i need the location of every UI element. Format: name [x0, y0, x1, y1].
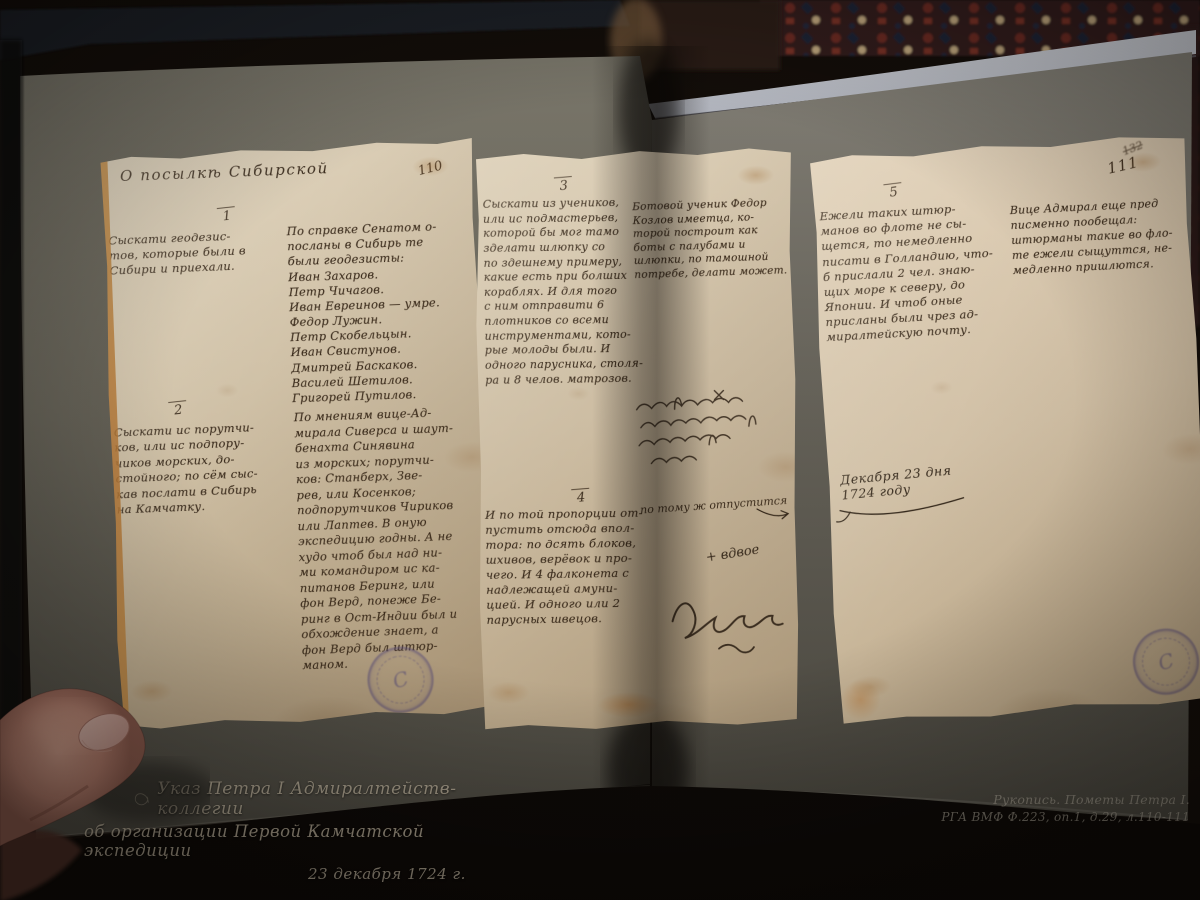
manuscript-heading: О посылкѣ Сибирской [120, 159, 329, 185]
section-number: 2 [168, 400, 188, 419]
section3-answer: Ботовой ученик ФедорКозлов имеетца, ко-т… [632, 196, 784, 282]
section2-answer: По мнениям вице-Ад-мирала Сиверса и шаут… [294, 404, 493, 674]
text-line: какие есть при болших [484, 269, 642, 286]
photo-of-open-book: О посылкѣ Сибирской 110 1 Сыскати геодез… [0, 0, 1200, 900]
section5-answer: Вице Адмирал еще предписменно пообещал:ш… [1009, 196, 1187, 279]
section-number: 5 [883, 182, 903, 201]
caption-source-line2: РГА ВМФ Ф.223, оп.1, д.29, л.110-111 [940, 810, 1190, 824]
section-number: 4 [571, 488, 591, 506]
orange-stain [840, 679, 882, 721]
section5-query: Ежели таких штюр-манов во флоте не сы-ще… [819, 199, 1008, 345]
text-line: шхивов, верёвок и про- [486, 550, 656, 567]
text-line: которой бы мог тамо [483, 225, 641, 242]
text-line: парусных швецов. [486, 610, 656, 627]
section1-answer: По справке Сенатом о-посланы в Сибирь те… [286, 218, 480, 406]
section-number: 1 [217, 206, 237, 225]
stamp-center-glyph: С [1127, 623, 1200, 701]
folio-number: 111 [1106, 153, 1141, 178]
text-line: инструментами, кото- [485, 327, 643, 344]
peter-plus-note: + вдвое [705, 542, 761, 565]
archive-stamp-icon: С [1125, 620, 1200, 703]
section3-query: Сыскати из учеников,или ис подмастерьев,… [483, 196, 644, 388]
text-line: одного парусника, столя- [485, 357, 643, 374]
thumb-holding-book [0, 640, 210, 900]
manuscript-middle-sheet: 3 Сыскати из учеников,или ис подмастерье… [472, 146, 802, 734]
caption-date-line: 23 декабря 1724 г. [308, 865, 494, 883]
caption-source-line1: Рукопись. Пометы Петра I. [940, 792, 1190, 807]
folio-number: 110 [417, 158, 445, 179]
section-number: 3 [554, 176, 574, 194]
section1-query: Сыскати геодезис-тов, которые были вСиби… [108, 227, 286, 279]
section2-query: Сыскати ис порутчи-ков, или ис подпору-ч… [114, 419, 289, 518]
caption-right-block: Рукопись. Пометы Петра I. РГА ВМФ Ф.223,… [940, 792, 1190, 824]
margin-note-flourish [755, 506, 789, 522]
peter-signature-scrawl [666, 585, 802, 667]
text-line: ра и 8 челов. матрозов. [485, 371, 643, 388]
section4-query: И по той пропорции от-пустить отсюда впо… [485, 505, 657, 627]
manuscript-folio-111: 132 111 5 Ежели таких штюр-манов во флот… [806, 131, 1200, 729]
orange-stain [598, 691, 660, 718]
peter-note-scrawl [630, 382, 796, 476]
